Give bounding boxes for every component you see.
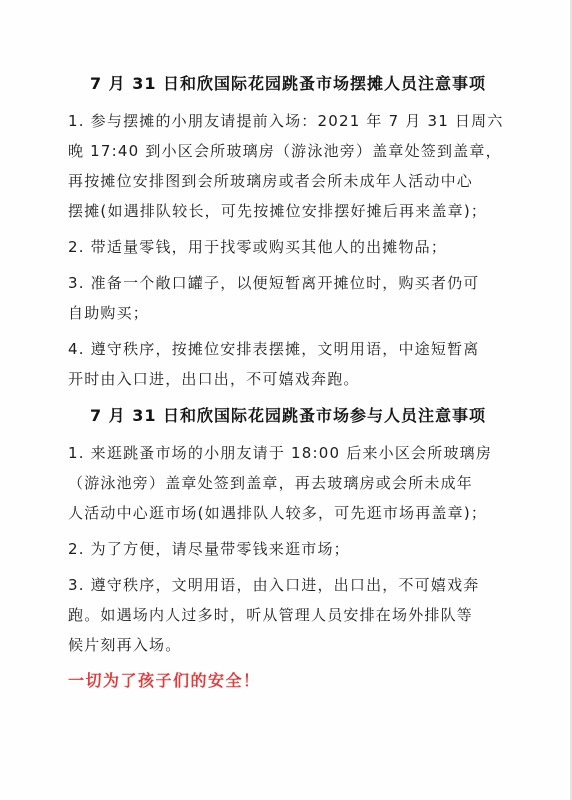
vendor-rule-4: 4. 遵守秩序，按摊位安排表摆摊，文明用语，中途短暂离 开时由入口进，出口出，不…	[68, 334, 508, 394]
section-title-visitors: 7 月 31 日和欣国际花园跳蚤市场参与人员注意事项	[68, 404, 508, 428]
text-line: 自助购买；	[68, 298, 508, 328]
text-line: 候片刻再入场。	[68, 630, 508, 660]
text-line: 再按摊位安排图到会所玻璃房或者会所未成年人活动中心	[68, 166, 508, 196]
text-line: 摆摊(如遇排队较长，可先按摊位安排摆好摊后再来盖章)；	[68, 196, 508, 226]
text-line: 2. 带适量零钱，用于找零或购买其他人的出摊物品；	[68, 232, 508, 262]
safety-note: 一切为了孩子们的安全！	[68, 666, 508, 696]
text-line: 2. 为了方便，请尽量带零钱来逛市场；	[68, 534, 508, 564]
text-line: 晚 17:40 到小区会所玻璃房（游泳池旁）盖章处签到盖章，	[68, 136, 508, 166]
text-line: 跑。如遇场内人过多时，听从管理人员安排在场外排队等	[68, 600, 508, 630]
text-line: 开时由入口进，出口出，不可嬉戏奔跑。	[68, 364, 508, 394]
text-line: 1. 来逛跳蚤市场的小朋友请于 18:00 后来小区会所玻璃房	[68, 438, 508, 468]
text-line: 3. 准备一个敞口罐子，以便短暂离开摊位时，购买者仍可	[68, 268, 508, 298]
text-line: （游泳池旁）盖章处签到盖章，再去玻璃房或会所未成年	[68, 468, 508, 498]
visitor-rule-2: 2. 为了方便，请尽量带零钱来逛市场；	[68, 534, 508, 564]
text-line: 人活动中心逛市场(如遇排队人较多，可先逛市场再盖章)；	[68, 498, 508, 528]
vendor-rule-2: 2. 带适量零钱，用于找零或购买其他人的出摊物品；	[68, 232, 508, 262]
text-line: 3. 遵守秩序，文明用语，由入口进，出口出，不可嬉戏奔	[68, 570, 508, 600]
notice-document: 7 月 31 日和欣国际花园跳蚤市场摆摊人员注意事项 1. 参与摆摊的小朋友请提…	[68, 72, 508, 696]
vendor-rule-3: 3. 准备一个敞口罐子，以便短暂离开摊位时，购买者仍可 自助购买；	[68, 268, 508, 328]
text-line: 4. 遵守秩序，按摊位安排表摆摊，文明用语，中途短暂离	[68, 334, 508, 364]
visitor-rule-1: 1. 来逛跳蚤市场的小朋友请于 18:00 后来小区会所玻璃房 （游泳池旁）盖章…	[68, 438, 508, 528]
section-title-vendors: 7 月 31 日和欣国际花园跳蚤市场摆摊人员注意事项	[68, 72, 508, 96]
visitor-rule-3: 3. 遵守秩序，文明用语，由入口进，出口出，不可嬉戏奔 跑。如遇场内人过多时，听…	[68, 570, 508, 660]
vendor-rule-1: 1. 参与摆摊的小朋友请提前入场：2021 年 7 月 31 日周六 晚 17:…	[68, 106, 508, 226]
text-line: 1. 参与摆摊的小朋友请提前入场：2021 年 7 月 31 日周六	[68, 106, 508, 136]
